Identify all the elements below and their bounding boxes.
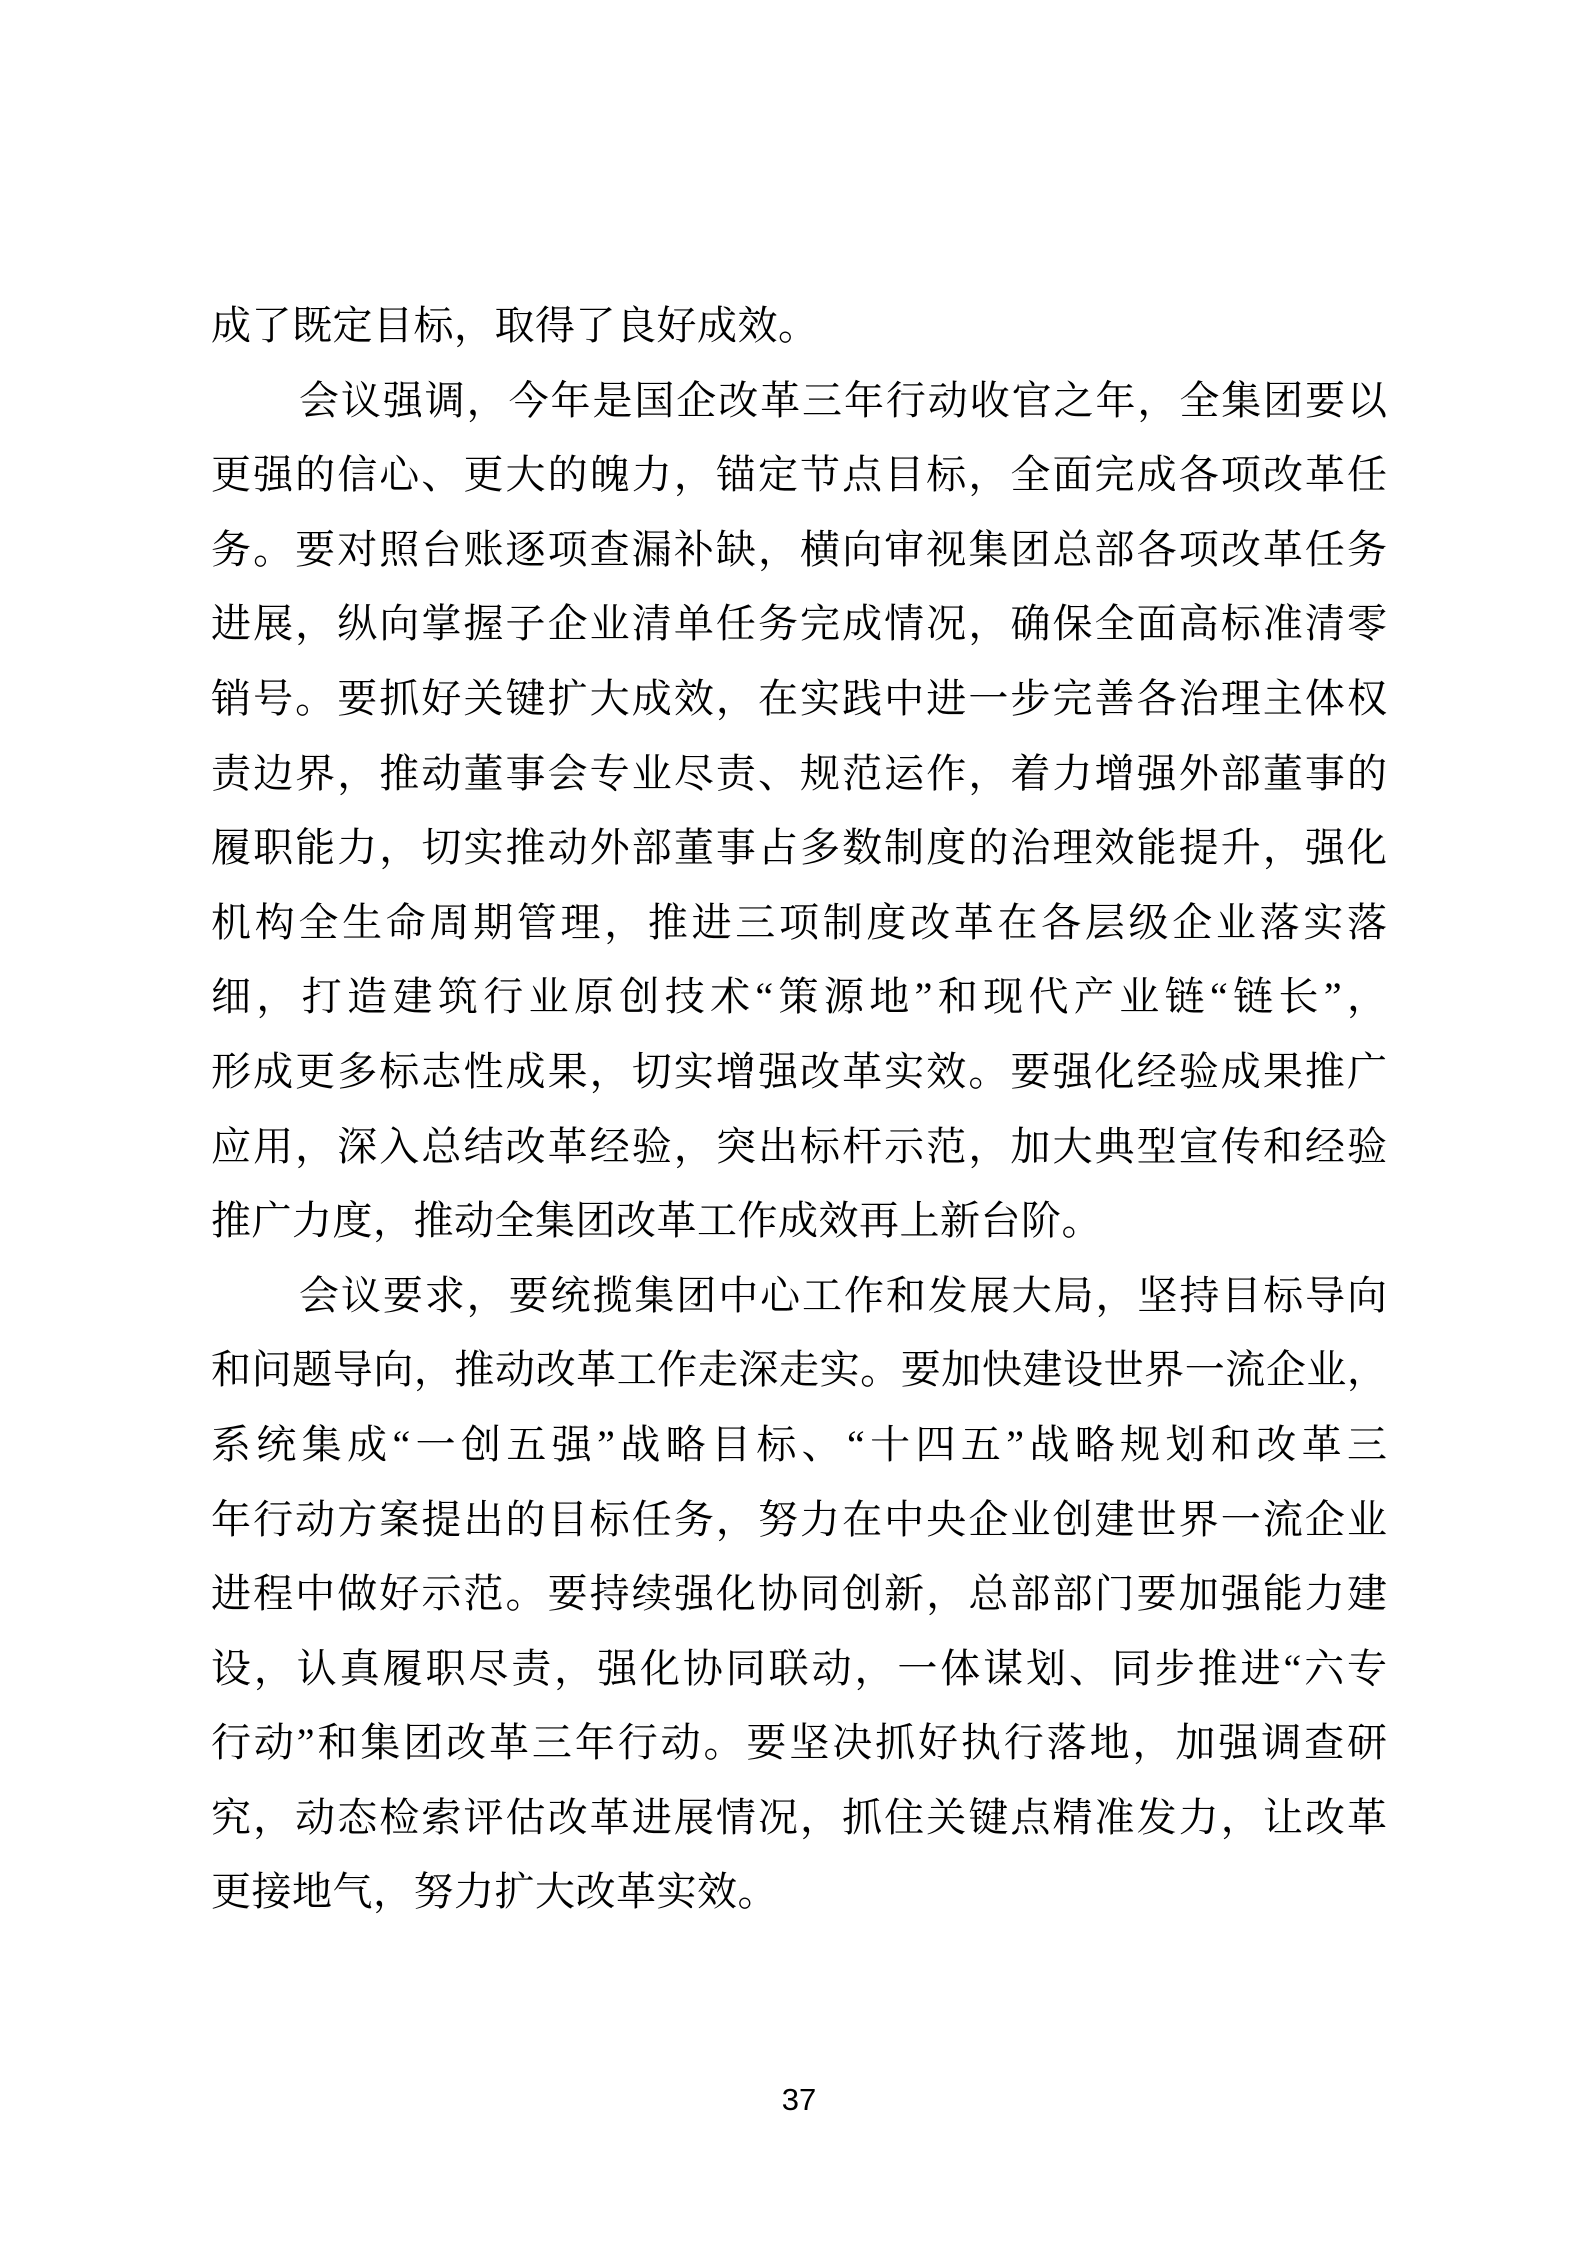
text-line paragraph-end: 推广力度，推动全集团改革工作成效再上新台阶。 [211,1184,1387,1259]
text-line: 成了既定目标，取得了良好成效。 [211,289,1387,364]
text-line: 细，打造建筑行业原创技术“策源地”和现代产业链“链长”， [211,960,1387,1035]
text-line paragraph-start: 会议要求，要统揽集团中心工作和发展大局，坚持目标导向 [211,1259,1387,1334]
text-line: 进展，纵向掌握子企业清单任务完成情况，确保全面高标准清零 [211,587,1387,662]
text-line paragraph-end: 更接地气，努力扩大改革实效。 [211,1855,1387,1930]
text-line: 履职能力，切实推动外部董事占多数制度的治理效能提升，强化 [211,811,1387,886]
document-body: 成了既定目标，取得了良好成效。 会议强调，今年是国企改革三年行动收官之年，全集团… [211,289,1387,1930]
document-page: 成了既定目标，取得了良好成效。 会议强调，今年是国企改革三年行动收官之年，全集团… [0,0,1587,2245]
text-line: 系统集成“一创五强”战略目标、“十四五”战略规划和改革三 [211,1408,1387,1483]
text-line: 应用，深入总结改革经验，突出标杆示范，加大典型宣传和经验 [211,1110,1387,1185]
page-number: 37 [211,2080,1387,2120]
text-line: 和问题导向，推动改革工作走深走实。要加快建设世界一流企业， [211,1333,1387,1408]
text-line: 究，动态检索评估改革进展情况，抓住关键点精准发力，让改革 [211,1781,1387,1856]
text-line: 年行动方案提出的目标任务，努力在中央企业创建世界一流企业 [211,1483,1387,1558]
text-line: 销号。要抓好关键扩大成效，在实践中进一步完善各治理主体权 [211,662,1387,737]
text-line: 机构全生命周期管理，推进三项制度改革在各层级企业落实落 [211,886,1387,961]
text-line: 进程中做好示范。要持续强化协同创新，总部部门要加强能力建 [211,1557,1387,1632]
text-line: 责边界，推动董事会专业尽责、规范运作，着力增强外部董事的 [211,737,1387,812]
text-line: 行动”和集团改革三年行动。要坚决抓好执行落地，加强调查研 [211,1706,1387,1781]
text-line paragraph-start: 会议强调，今年是国企改革三年行动收官之年，全集团要以 [211,364,1387,439]
text-line: 设，认真履职尽责，强化协同联动，一体谋划、同步推进“六专 [211,1632,1387,1707]
text-line: 更强的信心、更大的魄力，锚定节点目标，全面完成各项改革任 [211,438,1387,513]
text-line: 务。要对照台账逐项查漏补缺，横向审视集团总部各项改革任务 [211,513,1387,588]
text-line: 形成更多标志性成果，切实增强改革实效。要强化经验成果推广 [211,1035,1387,1110]
